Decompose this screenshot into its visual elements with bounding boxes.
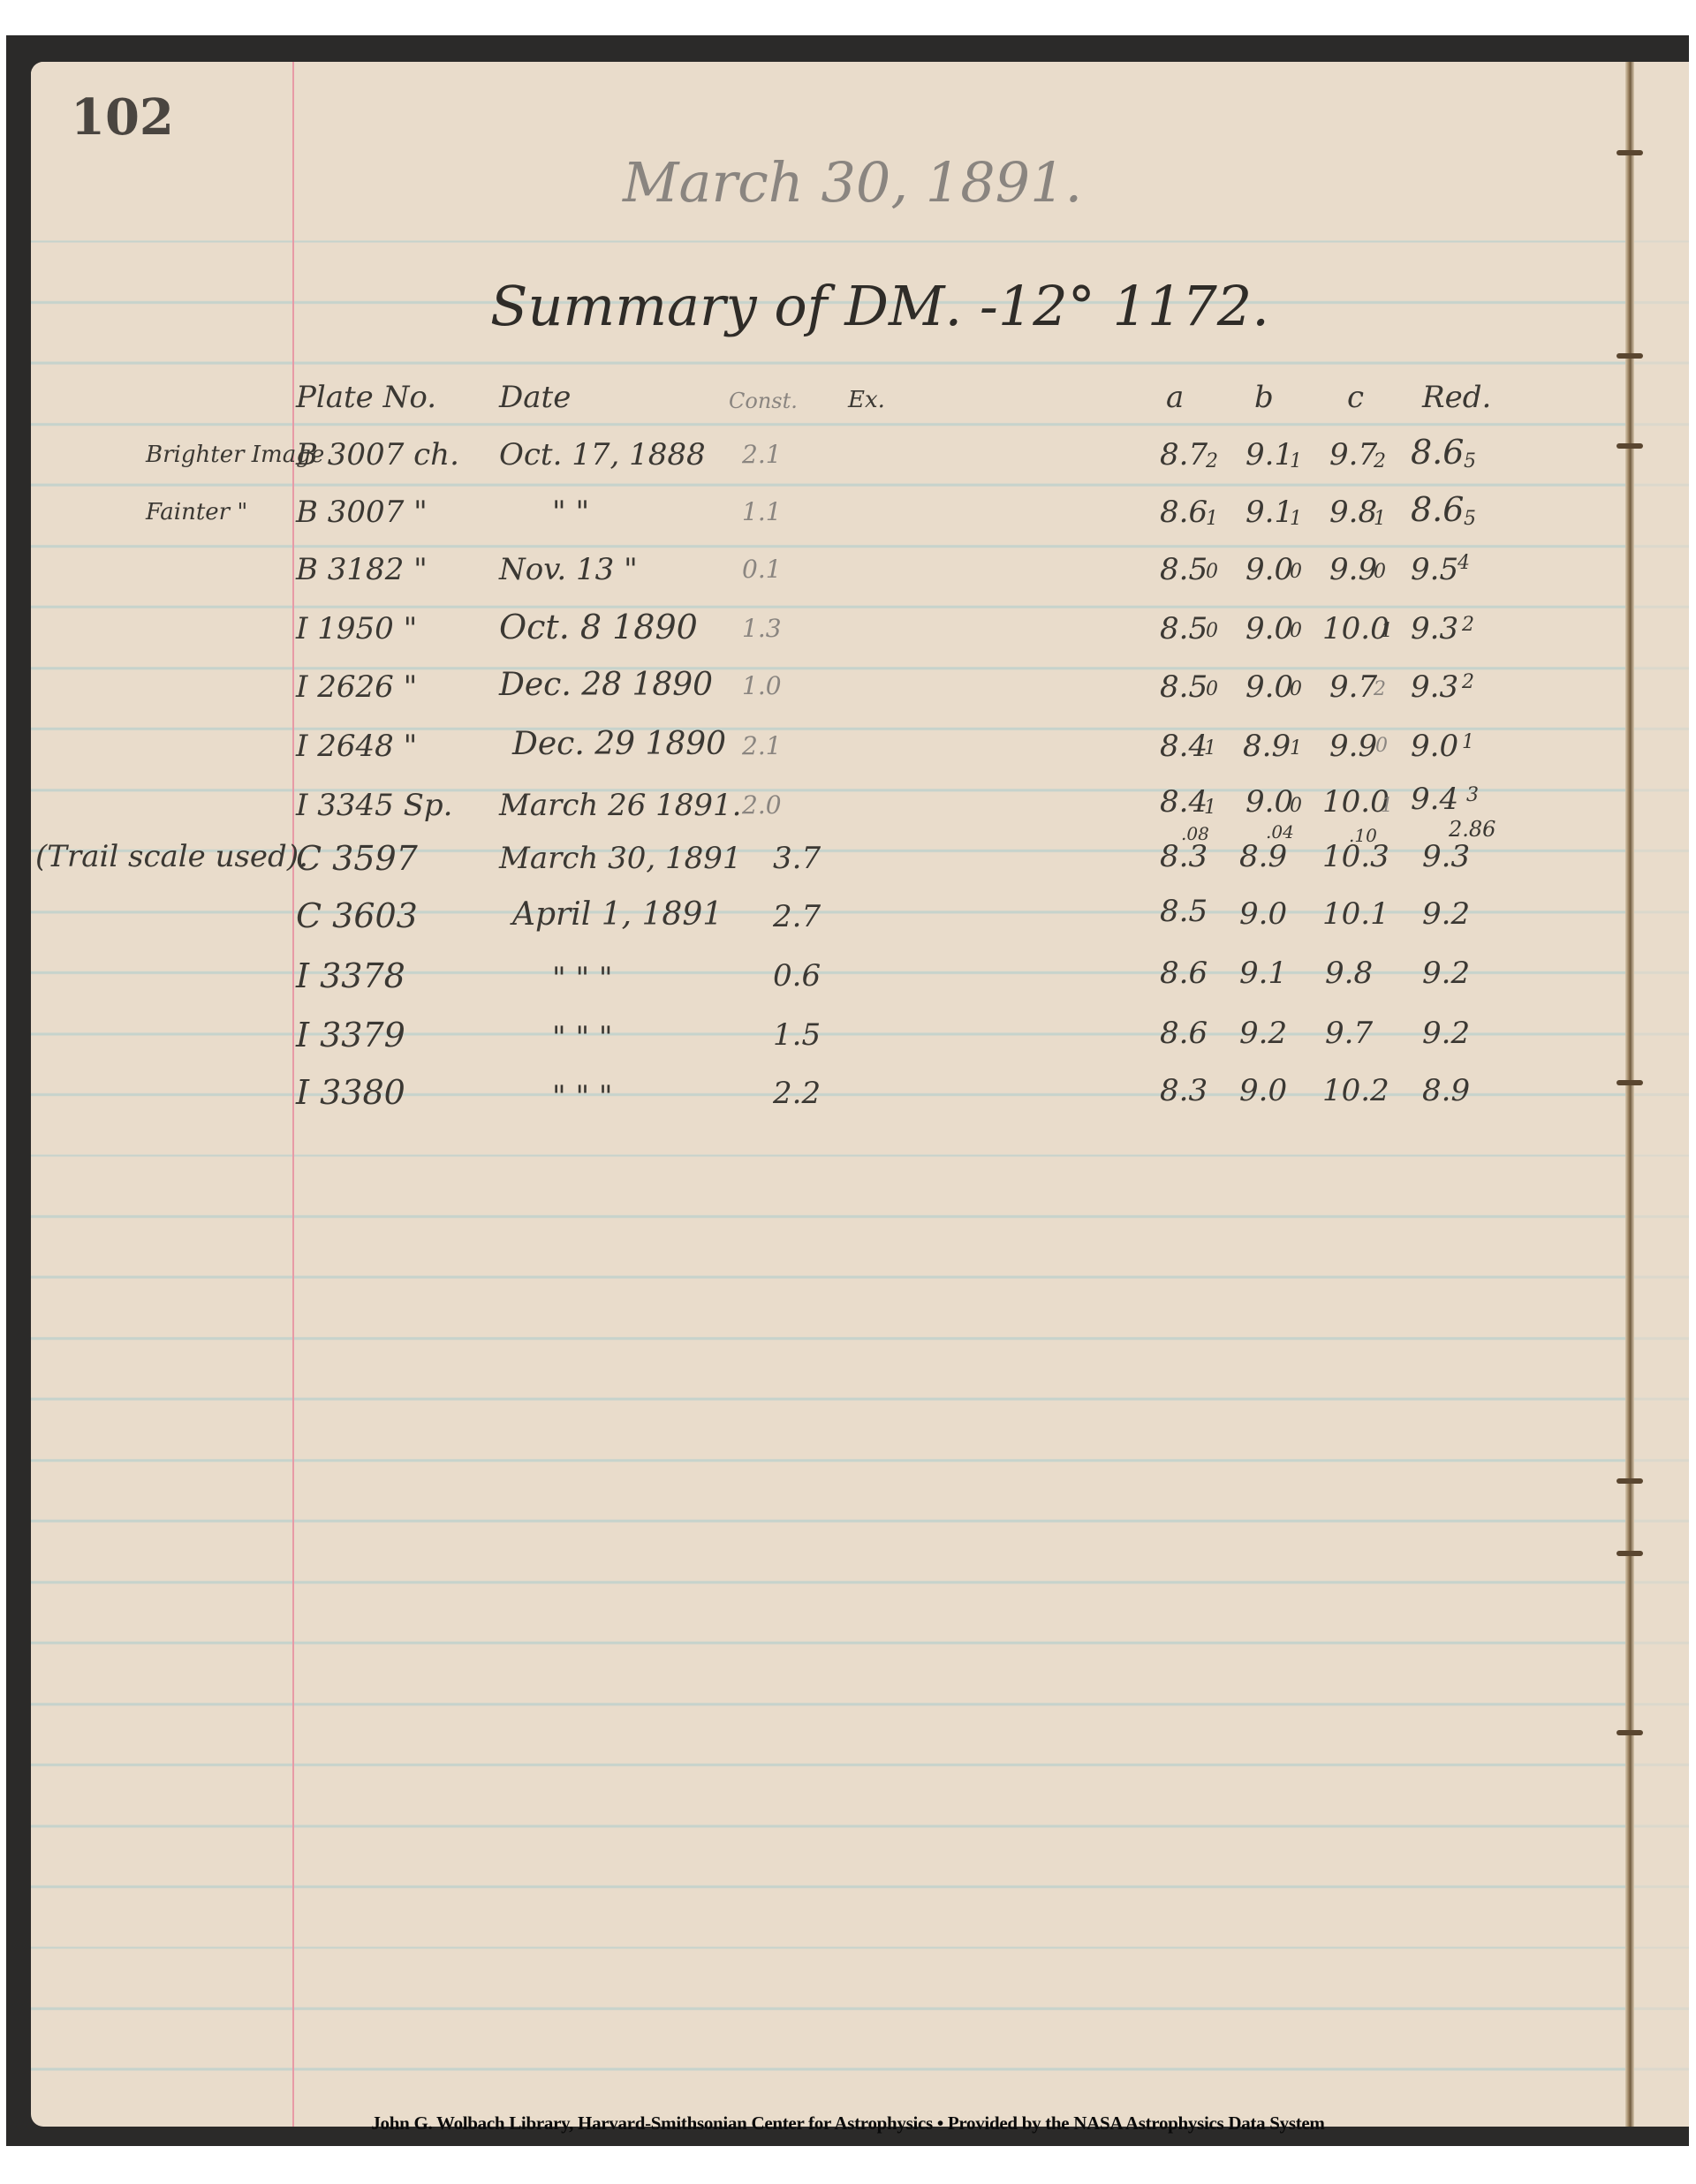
facing-page-edge	[1634, 62, 1689, 2127]
a-value: 8.4	[1160, 729, 1208, 764]
reduced-value: 8.6	[1411, 490, 1464, 529]
c-value: 10.1	[1322, 896, 1389, 932]
const-value: 3.7	[773, 841, 821, 876]
page-number: 102	[71, 88, 174, 147]
const-value: 2.1	[742, 440, 782, 469]
plate-number: I 3379	[296, 1016, 405, 1054]
a-weight: 0	[1206, 678, 1218, 700]
a-value: 8.3	[1160, 1073, 1208, 1108]
scan-border: 102 March 30, 1891. Summary of DM. -12° …	[6, 35, 1689, 2146]
reduced-value: 9.2	[1422, 1016, 1470, 1051]
c-weight: 0	[1375, 735, 1388, 757]
c-value: 9.9	[1329, 729, 1377, 764]
row-note: (Trail scale used).	[35, 839, 308, 874]
const-value: 2.2	[773, 1076, 821, 1111]
c-value: 10.3	[1322, 839, 1389, 874]
plate-date: Nov. 13 "	[499, 552, 638, 587]
plate-number: I 3378	[296, 956, 405, 995]
reduced-subnote: 2.86	[1449, 817, 1495, 842]
const-value: 1.3	[742, 614, 782, 643]
header-b: b	[1254, 380, 1274, 415]
const-value: 2.7	[773, 899, 821, 934]
a-weight: 0	[1206, 620, 1218, 642]
a-weight: 2	[1206, 450, 1218, 472]
a-weight: 1	[1206, 508, 1218, 530]
binding-stitch-icon	[1616, 1080, 1643, 1085]
a-weight: 1	[1204, 737, 1216, 759]
a-value: 8.3	[1160, 839, 1208, 874]
c-weight: 1	[1381, 795, 1393, 817]
reduced-value: 9.3	[1411, 611, 1458, 646]
a-weight: 0	[1206, 561, 1218, 583]
b-weight: 0	[1290, 678, 1302, 700]
a-value: 8.7	[1160, 437, 1208, 472]
b-value: 8.9	[1239, 839, 1287, 874]
a-value: 8.5	[1160, 611, 1208, 646]
c-value: 9.8	[1329, 495, 1377, 530]
binding-stitch-icon	[1616, 443, 1643, 449]
b-weight: 1	[1290, 508, 1302, 530]
const-value: 1.1	[742, 497, 782, 526]
reduced-value: 8.9	[1422, 1073, 1470, 1108]
plate-date: " " "	[552, 1020, 613, 1055]
a-value: 8.6	[1160, 956, 1208, 991]
header-c: c	[1347, 380, 1364, 415]
a-value: 8.6	[1160, 1016, 1208, 1051]
const-value: 0.6	[773, 958, 821, 994]
const-value: 2.1	[742, 731, 782, 760]
c-value: 9.7	[1329, 437, 1377, 472]
b-value: 9.1	[1245, 437, 1293, 472]
plate-number: B 3182 "	[296, 552, 428, 587]
c-weight: 2	[1374, 678, 1386, 700]
reduced-weight: 2	[1462, 614, 1474, 636]
b-value: 9.2	[1239, 1016, 1287, 1051]
b-weight: 1	[1290, 737, 1302, 759]
ledger-page: 102 March 30, 1891. Summary of DM. -12° …	[31, 62, 1689, 2127]
c-value: 10.2	[1322, 1073, 1389, 1108]
b-weight: 1	[1290, 450, 1302, 472]
binding-gutter	[1625, 62, 1634, 2127]
reduced-value: 9.3	[1411, 669, 1458, 705]
plate-date: March 26 1891.	[499, 788, 742, 823]
page-title: Summary of DM. -12° 1172.	[490, 274, 1269, 338]
plate-number: B 3007 "	[296, 495, 428, 530]
reduced-weight: 4	[1457, 552, 1470, 574]
reduced-value: 8.6	[1411, 433, 1464, 472]
binding-stitch-icon	[1616, 150, 1643, 155]
plate-number: I 1950 "	[296, 611, 417, 646]
binding-stitch-icon	[1616, 1478, 1643, 1484]
header-ex: Ex.	[848, 387, 885, 413]
a-value: 8.4	[1160, 784, 1208, 820]
b-value: 9.0	[1239, 896, 1287, 932]
library-credit: John G. Wolbach Library, Harvard-Smithso…	[0, 2112, 1696, 2135]
plate-date: April 1, 1891	[512, 896, 723, 933]
red-margin-line	[292, 62, 294, 2127]
plate-number: I 2648 "	[296, 729, 417, 764]
b-weight: 0	[1290, 795, 1302, 817]
reduced-weight: 5	[1464, 508, 1476, 530]
c-weight: 1	[1374, 508, 1386, 530]
c-weight: 1	[1381, 620, 1393, 642]
plate-date: Oct. 8 1890	[499, 608, 698, 646]
const-value: 2.0	[742, 790, 782, 820]
c-value: 9.7	[1325, 1016, 1373, 1051]
plate-date: " " "	[552, 961, 613, 996]
reduced-value: 9.2	[1422, 896, 1470, 932]
b-value: 9.0	[1245, 611, 1293, 646]
binding-stitch-icon	[1616, 1551, 1643, 1556]
b-value: 9.0	[1239, 1073, 1287, 1108]
header-date: Date	[499, 380, 571, 415]
c-value: 9.7	[1329, 669, 1377, 705]
plate-number: C 3603	[296, 896, 418, 935]
plate-number: I 2626 "	[296, 669, 417, 705]
reduced-value: 9.2	[1422, 956, 1470, 991]
plate-number: B 3007 ch.	[296, 437, 459, 472]
c-weight: 0	[1374, 561, 1386, 583]
b-value: 9.1	[1239, 956, 1287, 991]
b-value: 9.0	[1245, 784, 1293, 820]
reduced-value: 9.3	[1422, 839, 1470, 874]
date-heading: March 30, 1891.	[623, 150, 1082, 215]
binding-stitch-icon	[1616, 353, 1643, 359]
b-value: 9.0	[1245, 669, 1293, 705]
plate-date: Oct. 17, 1888	[499, 437, 706, 472]
a-value: 8.5	[1160, 669, 1208, 705]
a-value: 8.5	[1160, 552, 1208, 587]
c-value: 9.9	[1329, 552, 1377, 587]
c-value: 10.0	[1322, 784, 1389, 820]
const-value: 1.5	[773, 1017, 821, 1053]
reduced-weight: 2	[1462, 671, 1474, 693]
header-reduced: Red.	[1422, 380, 1491, 415]
b-weight: 0	[1290, 620, 1302, 642]
a-weight: 1	[1204, 797, 1216, 819]
reduced-value: 9.5	[1411, 552, 1458, 587]
plate-date: March 30, 1891	[499, 841, 742, 876]
header-const: Const.	[729, 389, 798, 413]
plate-number: I 3345 Sp.	[296, 788, 452, 823]
a-value: 8.5	[1160, 894, 1208, 929]
reduced-weight: 3	[1466, 784, 1479, 806]
header-plate-no: Plate No.	[296, 380, 436, 415]
reduced-weight: 5	[1464, 450, 1476, 472]
header-a: a	[1166, 380, 1184, 415]
b-value: 9.0	[1245, 552, 1293, 587]
c-value: 9.8	[1325, 956, 1373, 991]
plate-number: C 3597	[296, 839, 418, 878]
reduced-weight: 1	[1462, 731, 1474, 753]
reduced-value: 9.4	[1411, 782, 1458, 817]
plate-date: " "	[552, 495, 589, 530]
row-note: Fainter "	[146, 499, 247, 525]
c-weight: 2	[1374, 450, 1386, 472]
binding-stitch-icon	[1616, 1730, 1643, 1735]
reduced-value: 9.0	[1411, 729, 1458, 764]
b-value: 8.9	[1243, 729, 1291, 764]
plate-number: I 3380	[296, 1073, 405, 1112]
a-value: 8.6	[1160, 495, 1208, 530]
plate-date: " " "	[552, 1079, 613, 1115]
const-value: 0.1	[742, 555, 782, 584]
b-value: 9.1	[1245, 495, 1293, 530]
plate-date: Dec. 28 1890	[499, 667, 713, 703]
const-value: 1.0	[742, 671, 782, 700]
c-value: 10.0	[1322, 611, 1389, 646]
b-weight: 0	[1290, 561, 1302, 583]
plate-date: Dec. 29 1890	[512, 726, 726, 762]
